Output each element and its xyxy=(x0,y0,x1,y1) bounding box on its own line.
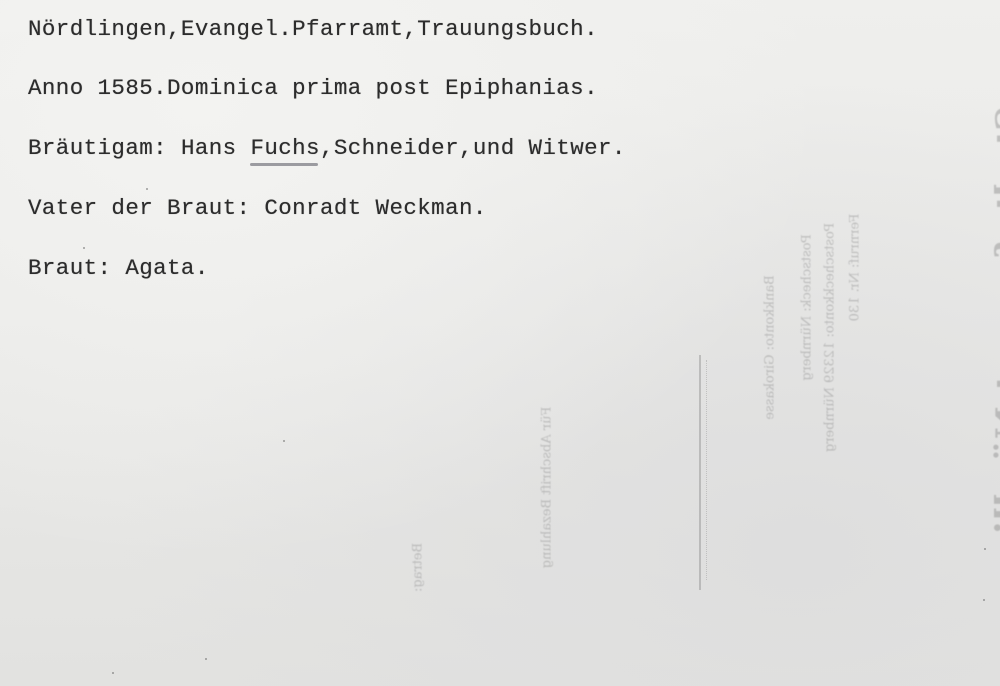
groom-details: ,Schneider,und Witwer. xyxy=(320,135,626,161)
record-card: Stadtpfarramt Nördlingen Fernruf: Nr. 13… xyxy=(0,0,1000,686)
groom-given-name: Hans xyxy=(181,135,237,161)
record-source-line: Nördlingen,Evangel.Pfarramt,Trauungsbuch… xyxy=(28,16,598,42)
bride-father-line: Vater der Braut: Conradt Weckman. xyxy=(28,195,487,221)
reverse-rule-bleed xyxy=(699,355,701,590)
bride-label: Braut: xyxy=(28,255,111,281)
reverse-line-bleed: Postscheckkonto: 12329 Nürnberg xyxy=(823,88,838,588)
dust-speck xyxy=(83,247,85,249)
bride-father-label: Vater der Braut: xyxy=(28,195,250,221)
bride-line: Braut: Agata. xyxy=(28,255,209,281)
groom-surname: Fuchs xyxy=(250,135,320,161)
reverse-line-bleed: Fernruf: Nr. 130 xyxy=(848,18,863,518)
dust-speck xyxy=(112,672,114,674)
record-date-line: Anno 1585.Dominica prima post Epiphanias… xyxy=(28,75,598,101)
bride-name: Agata. xyxy=(125,255,208,281)
dust-speck xyxy=(146,188,148,190)
reverse-line-bleed: Für Abschrift Bezahlung xyxy=(540,378,555,598)
groom-line: Bräutigam: Hans Fuchs,Schneider,und Witw… xyxy=(28,135,626,161)
dust-speck xyxy=(984,548,986,550)
reverse-line-bleed: Betrag: xyxy=(411,538,426,598)
dust-speck xyxy=(205,658,207,660)
dust-speck xyxy=(283,440,285,442)
reverse-dotted-rule-bleed xyxy=(706,360,708,580)
reverse-title-bleed: Stadtpfarramt Nördlingen xyxy=(989,106,1000,606)
reverse-line-bleed: Postscheck: Nürnberg xyxy=(800,58,815,558)
groom-label: Bräutigam: xyxy=(28,135,167,161)
dust-speck xyxy=(983,599,985,601)
reverse-line-bleed: Bankkonto: Girokasse xyxy=(763,98,778,598)
bride-father-name: Conradt Weckman. xyxy=(264,195,486,221)
